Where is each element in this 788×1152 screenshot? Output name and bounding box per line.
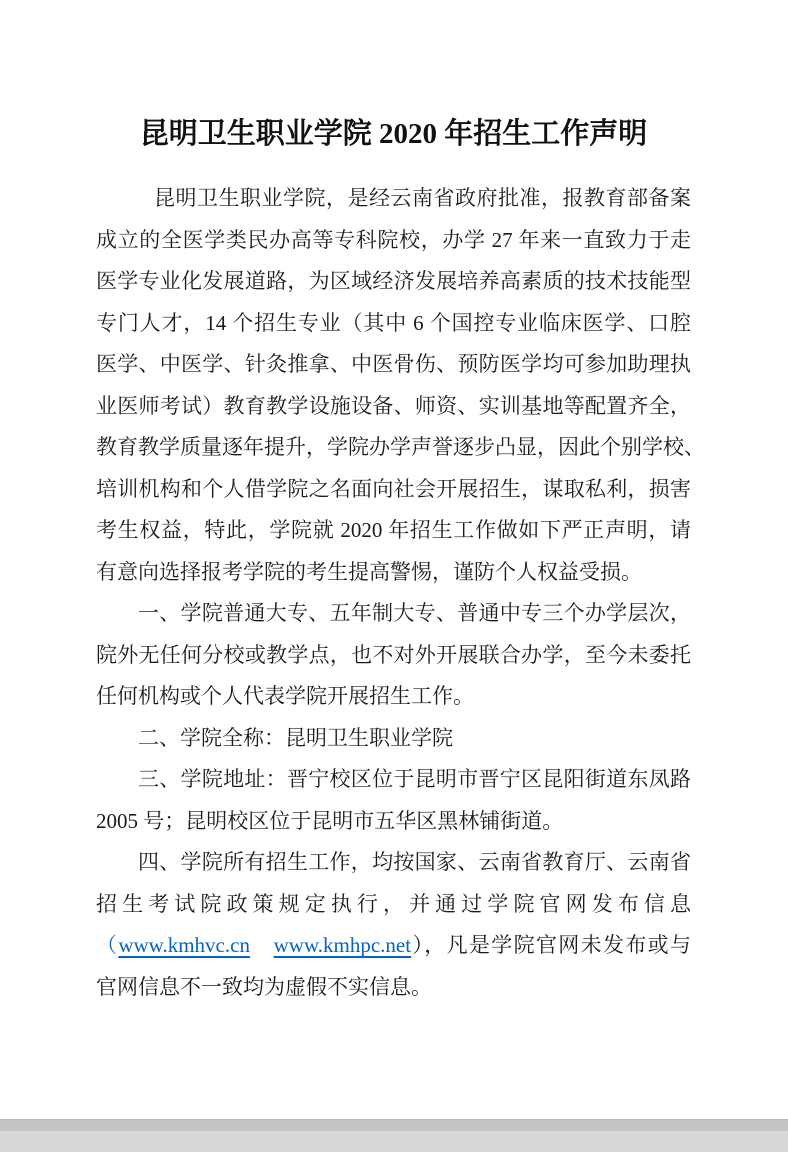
page-bottom-shadow: [0, 1120, 788, 1131]
text-line: （www.kmhvc.cn www.kmhpc.net），凡是学院官网未发布或与: [96, 925, 691, 967]
text-line: 昆明卫生职业学院，是经云南省政府批准，报教育部备案: [96, 178, 691, 220]
text-line: 二、学院全称：昆明卫生职业学院: [96, 718, 691, 760]
text-line: 2005 号；昆明校区位于昆明市五华区黑林铺街道。: [96, 801, 691, 843]
text-line: 有意向选择报考学院的考生提高警惕，谨防个人权益受损。: [96, 552, 691, 594]
text-line: 四、学院所有招生工作，均按国家、云南省教育厅、云南省: [96, 842, 691, 884]
document-body: 昆明卫生职业学院 2020 年招生工作声明 昆明卫生职业学院，是经云南省政府批准…: [96, 0, 691, 1008]
text-line: 业医师考试）教育教学设施设备、师资、实训基地等配置齐全，: [96, 386, 691, 428]
text-line: 医学专业化发展道路，为区域经济发展培养高素质的技术技能型: [96, 261, 691, 303]
text-line: 三、学院地址：晋宁校区位于昆明市晋宁区昆阳街道东凤路: [96, 759, 691, 801]
text-segment: ），凡是学院官网未发布或与: [411, 933, 691, 957]
document-title: 昆明卫生职业学院 2020 年招生工作声明: [96, 116, 691, 152]
text-line: 教育教学质量逐年提升，学院办学声誉逐步凸显，因此个别学校、: [96, 427, 691, 469]
text-line: 医学、中医学、针灸推拿、中医骨伤、预防医学均可参加助理执: [96, 344, 691, 386]
text-segment: [250, 933, 274, 957]
text-line: 培训机构和个人借学院之名面向社会开展招生，谋取私利，损害: [96, 469, 691, 511]
document-page: 昆明卫生职业学院 2020 年招生工作声明 昆明卫生职业学院，是经云南省政府批准…: [0, 0, 788, 1119]
text-line: 专门人才，14 个招生专业（其中 6 个国控专业临床医学、口腔: [96, 303, 691, 345]
link-www-kmhpc-net[interactable]: www.kmhpc.net: [274, 933, 411, 957]
text-line: 任何机构或个人代表学院开展招生工作。: [96, 676, 691, 718]
text-line: 招生考试院政策规定执行，并通过学院官网发布信息: [96, 884, 691, 926]
text-line: 官网信息不一致均为虚假不实信息。: [96, 967, 691, 1009]
page-background-below: [0, 1119, 788, 1152]
blue-open-paren: （: [96, 933, 118, 957]
text-line: 一、学院普通大专、五年制大专、普通中专三个办学层次，: [96, 593, 691, 635]
text-line: 考生权益，特此，学院就 2020 年招生工作做如下严正声明，请: [96, 510, 691, 552]
text-line: 成立的全医学类民办高等专科院校，办学 27 年来一直致力于走: [96, 220, 691, 262]
text-line: 院外无任何分校或教学点，也不对外开展联合办学，至今未委托: [96, 635, 691, 677]
link-www-kmhvc-cn[interactable]: www.kmhvc.cn: [118, 933, 250, 957]
